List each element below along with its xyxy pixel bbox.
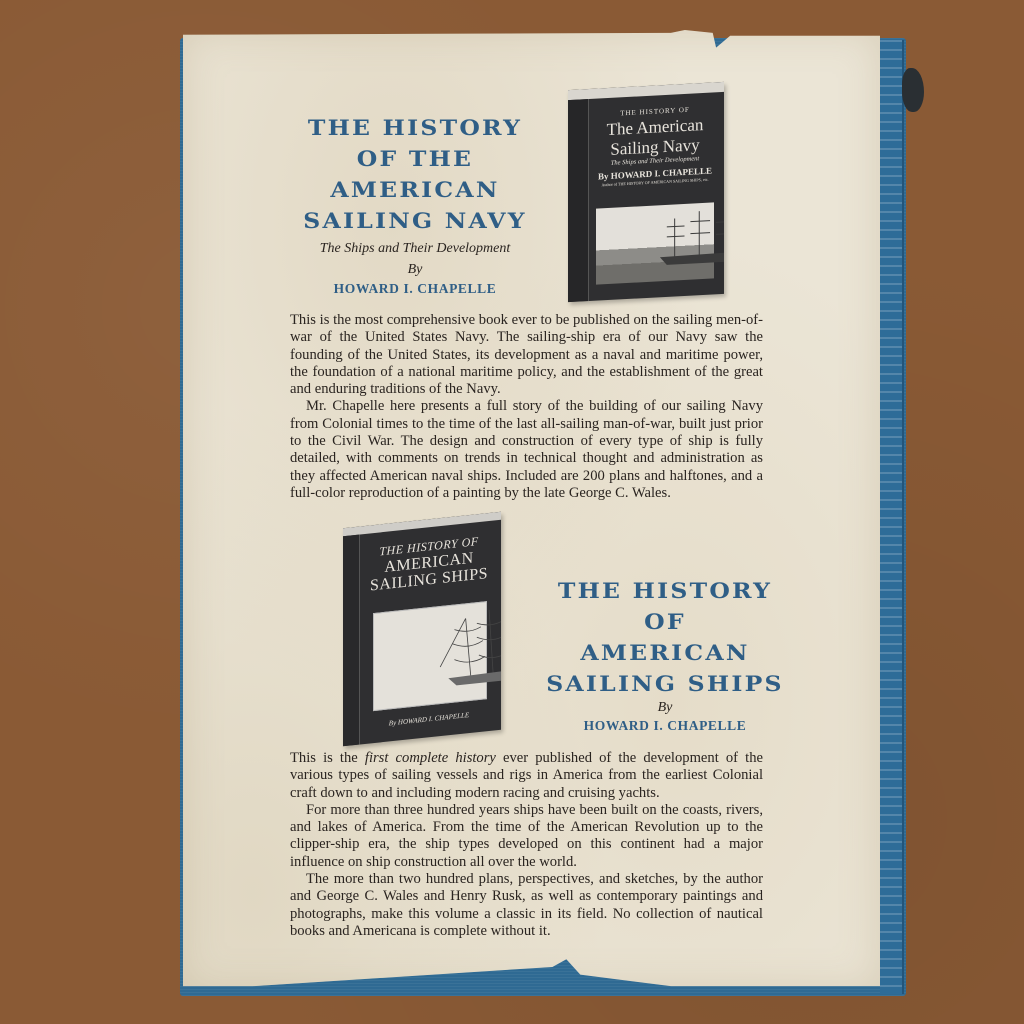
book2-description: This is the first complete history ever …: [290, 750, 763, 940]
book1-cover: THE HISTORY OF The American Sailing Navy…: [590, 96, 720, 297]
cover-author: By HOWARD I. CHAPELLE: [361, 708, 497, 730]
book2-author: HOWARD I. CHAPELLE: [540, 718, 790, 734]
description-paragraph: Mr. Chapelle here presents a full story …: [290, 398, 763, 502]
description-paragraph: This is the first complete history ever …: [290, 750, 763, 802]
book1-description: This is the most comprehensive book ever…: [290, 312, 763, 502]
description-paragraph: This is the most comprehensive book ever…: [290, 312, 763, 398]
book2-cover-illustration: THE HISTORY OF AMERICAN SAILING SHIPS By…: [343, 512, 501, 747]
book2-title-line: AMERICAN: [525, 637, 805, 668]
book2-cover: THE HISTORY OF AMERICAN SAILING SHIPS By…: [361, 532, 497, 740]
book-spine: [343, 535, 360, 747]
text-run: This is the: [290, 750, 365, 766]
spine-tear: [902, 68, 924, 112]
book2-by: By: [540, 700, 790, 716]
book1-title-line: AMERICAN: [253, 174, 578, 205]
ship-sketch-image: [373, 601, 487, 711]
emphasis-text: first complete history: [365, 750, 496, 766]
book2-title-line: THE HISTORY: [525, 575, 805, 606]
description-paragraph: The more than two hundred plans, perspec…: [290, 871, 763, 940]
book1-author: HOWARD I. CHAPELLE: [270, 281, 560, 297]
book1-title-line: OF THE: [253, 143, 578, 174]
book1-title-line: SAILING NAVY: [253, 205, 578, 236]
book1-cover-illustration: THE HISTORY OF The American Sailing Navy…: [568, 82, 724, 302]
book-spine: [568, 99, 589, 302]
book1-by: By: [270, 262, 560, 278]
ship-painting-image: [596, 202, 714, 284]
book1-title: THE HISTORY OF THE AMERICAN SAILING NAVY: [253, 112, 578, 236]
book2-title: THE HISTORY OF AMERICAN SAILING SHIPS: [525, 575, 805, 699]
book1-subtitle: The Ships and Their Development: [270, 241, 560, 257]
sailing-ship-icon: [655, 199, 724, 281]
book-spine-edge: [880, 40, 904, 994]
book1-title-line: THE HISTORY: [253, 112, 578, 143]
book2-title-line: OF: [525, 606, 805, 637]
description-paragraph: For more than three hundred years ships …: [290, 802, 763, 871]
sailing-ship-icon: [430, 596, 501, 704]
book2-title-line: SAILING SHIPS: [525, 668, 805, 699]
